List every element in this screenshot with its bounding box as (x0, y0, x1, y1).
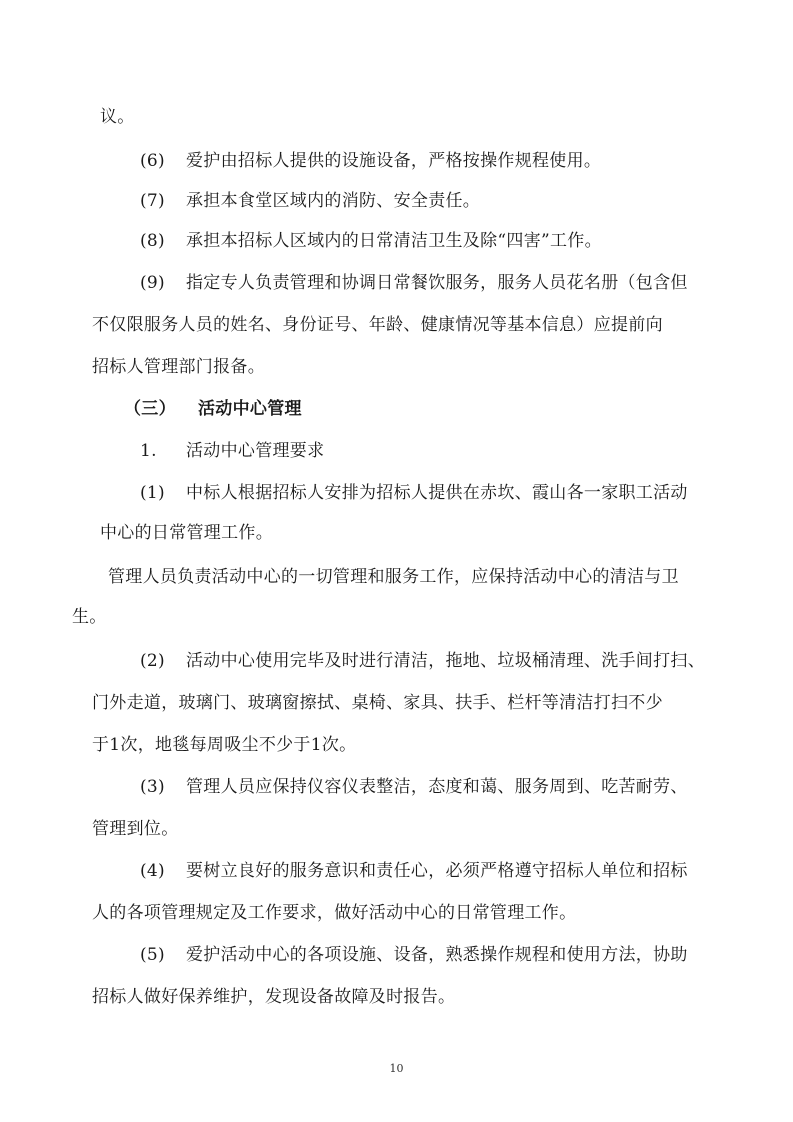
line-text: 管理人员负责活动中心的一切管理和服务工作，应保持活动中心的清洁与卫 (108, 567, 679, 587)
item-number: (2) (140, 650, 186, 672)
list-item-4: (4)要树立良好的服务意识和责任心，必须严格遵守招标人单位和招标 (140, 860, 688, 882)
line-text: 不仅限服务人员的姓名、身份证号、年龄、健康情况等基本信息）应提前向 (92, 315, 663, 335)
list-item-6: (6)爱护由招标人提供的设施设备，严格按操作规程使用。 (140, 150, 601, 172)
item-text: 爱护由招标人提供的设施设备，严格按操作规程使用。 (186, 151, 601, 171)
item-text: 中标人根据招标人安排为招标人提供在赤坎、霞山各一家职工活动 (186, 483, 688, 503)
heading-number: （三） (124, 398, 198, 420)
paragraph-line: 中心的日常管理工作。 (100, 522, 273, 544)
list-item-1: (1)中标人根据招标人安排为招标人提供在赤坎、霞山各一家职工活动 (140, 482, 688, 504)
item-number: (4) (140, 860, 186, 882)
paragraph-line: 议。 (100, 106, 135, 128)
item-number: (7) (140, 190, 186, 212)
list-item-8: (8)承担本招标人区域内的日常清洁卫生及除“四害”工作。 (140, 230, 602, 252)
paragraph-line: 招标人做好保养维护，发现设备故障及时报告。 (92, 986, 455, 1008)
item-text: 承担本招标人区域内的日常清洁卫生及除“四害”工作。 (186, 231, 602, 251)
item-number: (6) (140, 150, 186, 172)
item-text: 承担本食堂区域内的消防、安全责任。 (186, 191, 480, 211)
heading-text: 活动中心管理 (198, 399, 302, 419)
item-number: (3) (140, 776, 186, 798)
paragraph-line: 管理到位。 (92, 818, 179, 840)
list-item-3: (3)管理人员应保持仪容仪表整洁，态度和蔼、服务周到、吃苦耐劳、 (140, 776, 688, 798)
item-number: (5) (140, 944, 186, 966)
line-text: 招标人做好保养维护，发现设备故障及时报告。 (92, 987, 455, 1007)
item-text: 管理人员应保持仪容仪表整洁，态度和蔼、服务周到、吃苦耐劳、 (186, 777, 688, 797)
list-item-5: (5)爱护活动中心的各项设施、设备，熟悉操作规程和使用方法，协助 (140, 944, 688, 966)
list-item-7: (7)承担本食堂区域内的消防、安全责任。 (140, 190, 480, 212)
paragraph-line: 于1次，地毯每周吸尘不少于1次。 (92, 734, 356, 756)
subsection-heading: 1.活动中心管理要求 (140, 440, 324, 462)
line-text: 门外走道，玻璃门、玻璃窗擦拭、桌椅、家具、扶手、栏杆等清洁打扫不少 (92, 693, 663, 713)
line-text: 招标人管理部门报备。 (92, 357, 265, 377)
item-number: (1) (140, 482, 186, 504)
item-text: 爱护活动中心的各项设施、设备，熟悉操作规程和使用方法，协助 (186, 945, 688, 965)
line-text: 中心的日常管理工作。 (100, 523, 273, 543)
document-page: 议。 (6)爱护由招标人提供的设施设备，严格按操作规程使用。 (7)承担本食堂区… (0, 0, 793, 1122)
item-number: (8) (140, 230, 186, 252)
paragraph-line: 招标人管理部门报备。 (92, 356, 265, 378)
list-item-9: (9)指定专人负责管理和协调日常餐饮服务，服务人员花名册（包含但 (140, 272, 688, 294)
line-text: 人的各项管理规定及工作要求，做好活动中心的日常管理工作。 (92, 903, 576, 923)
item-text: 要树立良好的服务意识和责任心，必须严格遵守招标人单位和招标 (186, 861, 688, 881)
subsection-text: 活动中心管理要求 (186, 441, 324, 461)
subsection-number: 1. (140, 440, 186, 462)
page-number: 10 (0, 1062, 793, 1075)
line-text: 管理到位。 (92, 819, 179, 839)
paragraph-line: 门外走道，玻璃门、玻璃窗擦拭、桌椅、家具、扶手、栏杆等清洁打扫不少 (92, 692, 663, 714)
item-text: 活动中心使用完毕及时进行清洁，拖地、垃圾桶清理、洗手间打扫、 (186, 651, 705, 671)
paragraph-line: 不仅限服务人员的姓名、身份证号、年龄、健康情况等基本信息）应提前向 (92, 314, 663, 336)
section-heading: （三）活动中心管理 (124, 398, 302, 420)
line-text: 议。 (100, 107, 135, 127)
paragraph-line: 人的各项管理规定及工作要求，做好活动中心的日常管理工作。 (92, 902, 576, 924)
list-item-2: (2)活动中心使用完毕及时进行清洁，拖地、垃圾桶清理、洗手间打扫、 (140, 650, 705, 672)
line-text: 于1次，地毯每周吸尘不少于1次。 (92, 735, 356, 755)
paragraph-line: 管理人员负责活动中心的一切管理和服务工作，应保持活动中心的清洁与卫 (108, 566, 679, 588)
paragraph-line: 生。 (72, 606, 107, 628)
item-text: 指定专人负责管理和协调日常餐饮服务，服务人员花名册（包含但 (186, 273, 688, 293)
item-number: (9) (140, 272, 186, 294)
line-text: 生。 (72, 607, 107, 627)
